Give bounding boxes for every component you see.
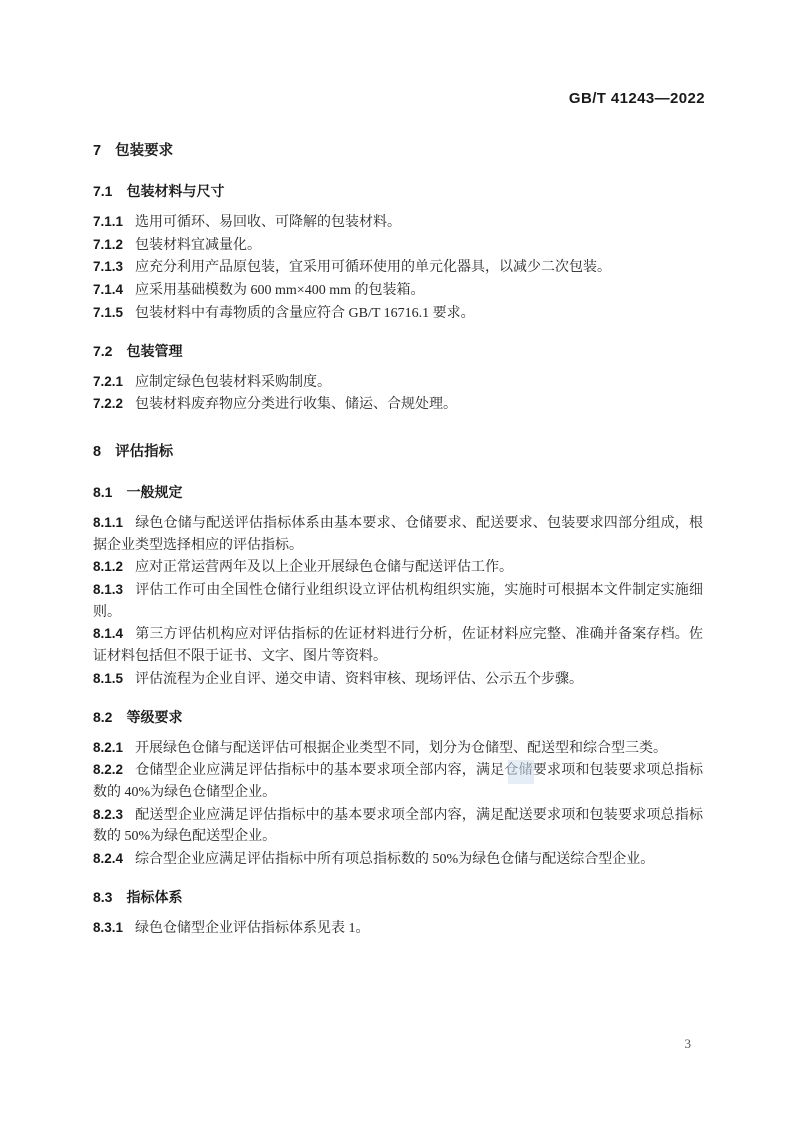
heading-8.1: 8.1一般规定: [93, 482, 703, 502]
page-number: 3: [685, 1036, 692, 1051]
clause-7.1.1: 7.1.1选用可循环、易回收、可降解的包装材料。: [93, 211, 703, 234]
section-number: 8.1.1: [93, 515, 123, 530]
section-text: 包装材料宜减量化。: [135, 238, 261, 253]
section-number: 7.1.5: [93, 305, 123, 320]
section-number: 8.3: [93, 889, 112, 905]
section-number: 7: [93, 143, 101, 159]
clause-8.3.1: 8.3.1绿色仓储型企业评估指标体系见表 1。: [93, 917, 703, 940]
heading-8.3: 8.3指标体系: [93, 887, 703, 907]
section-number: 8.1: [93, 484, 112, 500]
section-number: 8.2.2: [93, 762, 123, 777]
section-number: 8.1.5: [93, 671, 123, 686]
clause-7.1.3: 7.1.3应充分利用产品原包装，宜采用可循环使用的单元化器具，以减少二次包装。: [93, 256, 703, 279]
section-text: 选用可循环、易回收、可降解的包装材料。: [135, 215, 401, 230]
section-text: 绿色仓储型企业评估指标体系见表 1。: [135, 921, 370, 936]
section-text: 应采用基础模数为 600 mm×400 mm 的包装箱。: [135, 283, 424, 298]
section-text: 包装材料与尺寸: [126, 183, 224, 199]
section-text: 等级要求: [126, 709, 182, 725]
clause-8.2.4: 8.2.4综合型企业应满足评估指标中所有项总指标数的 50%为绿色仓储与配送综合…: [93, 848, 703, 871]
clause-8.2.3: 8.2.3配送型企业应满足评估指标中的基本要求项全部内容，满足配送要求项和包装要…: [93, 804, 703, 848]
section-text: 一般规定: [126, 484, 182, 500]
heading-7.2: 7.2包装管理: [93, 341, 703, 361]
section-text: 指标体系: [126, 889, 182, 905]
clause-7.1.4: 7.1.4应采用基础模数为 600 mm×400 mm 的包装箱。: [93, 279, 703, 302]
section-number: 7.2.2: [93, 396, 123, 411]
section-number: 8: [93, 444, 101, 460]
section-text: 评估指标: [115, 444, 173, 460]
document-body: 7包装要求 7.1包装材料与尺寸 7.1.1选用可循环、易回收、可降解的包装材料…: [93, 115, 703, 939]
clause-8.1.3: 8.1.3评估工作可由全国性仓储行业组织设立评估机构组织实施，实施时可根据本文件…: [93, 579, 703, 623]
section-number: 7.1.4: [93, 282, 123, 297]
sections-container: 7包装要求 7.1包装材料与尺寸 7.1.1选用可循环、易回收、可降解的包装材料…: [93, 141, 703, 939]
section-text: 综合型企业应满足评估指标中所有项总指标数的 50%为绿色仓储与配送综合型企业。: [135, 852, 654, 867]
section-text: 第三方评估机构应对评估指标的佐证材料进行分析，佐证材料应完整、准确并备案存档。佐…: [93, 627, 703, 664]
section-text: 绿色仓储与配送评估指标体系由基本要求、仓储要求、配送要求、包装要求四部分组成，根…: [93, 516, 703, 553]
document-footer: 3: [93, 1036, 705, 1052]
clause-7.2.1: 7.2.1应制定绿色包装材料采购制度。: [93, 371, 703, 394]
section-number: 7.2: [93, 343, 112, 359]
section-text: 包装管理: [126, 343, 182, 359]
clause-7.2.2: 7.2.2包装材料废弃物应分类进行收集、储运、合规处理。: [93, 393, 703, 416]
section-text: 应对正常运营两年及以上企业开展绿色仓储与配送评估工作。: [135, 560, 513, 575]
heading-7.1: 7.1包装材料与尺寸: [93, 181, 703, 201]
section-text: 评估工作可由全国性仓储行业组织设立评估机构组织实施，实施时可根据本文件制定实施细…: [93, 583, 703, 620]
section-number: 8.2.3: [93, 807, 123, 822]
section-text: 应充分利用产品原包装，宜采用可循环使用的单元化器具，以减少二次包装。: [135, 260, 611, 275]
section-number: 8.2: [93, 709, 112, 725]
document-page: GB/T 41243—2022 7包装要求 7.1包装材料与尺寸 7.1.1选用…: [0, 0, 794, 1123]
clause-8.1.5: 8.1.5评估流程为企业自评、递交申请、资料审核、现场评估、公示五个步骤。: [93, 668, 703, 691]
section-text: 包装材料废弃物应分类进行收集、储运、合规处理。: [135, 397, 457, 412]
heading-7: 7包装要求: [93, 141, 703, 161]
section-number: 8.2.1: [93, 740, 123, 755]
document-header: GB/T 41243—2022: [93, 90, 705, 107]
section-text: 包装要求: [115, 143, 173, 159]
section-text: 配送型企业应满足评估指标中的基本要求项全部内容，满足配送要求项和包装要求项总指标…: [93, 808, 703, 845]
section-number: 8.2.4: [93, 851, 123, 866]
section-number: 8.1.4: [93, 626, 123, 641]
standard-code: GB/T 41243—2022: [569, 90, 705, 107]
heading-8: 8评估指标: [93, 442, 703, 462]
section-text: 包装材料中有毒物质的含量应符合 GB/T 16716.1 要求。: [135, 306, 475, 321]
section-number: 7.1.1: [93, 214, 123, 229]
clause-7.1.2: 7.1.2包装材料宜减量化。: [93, 234, 703, 257]
clause-8.1.4: 8.1.4第三方评估机构应对评估指标的佐证材料进行分析，佐证材料应完整、准确并备…: [93, 623, 703, 667]
section-number: 7.1: [93, 183, 112, 199]
section-number: 7.2.1: [93, 374, 123, 389]
clause-7.1.5: 7.1.5包装材料中有毒物质的含量应符合 GB/T 16716.1 要求。: [93, 302, 703, 325]
section-number: 7.1.3: [93, 259, 123, 274]
section-text: 评估流程为企业自评、递交申请、资料审核、现场评估、公示五个步骤。: [135, 672, 583, 687]
clause-8.1.1: 8.1.1绿色仓储与配送评估指标体系由基本要求、仓储要求、配送要求、包装要求四部…: [93, 512, 703, 556]
clause-8.2.2: 8.2.2仓储型企业应满足评估指标中的基本要求项全部内容，满足仓储要求项和包装要…: [93, 759, 703, 803]
section-number: 7.1.2: [93, 237, 123, 252]
section-text: 开展绿色仓储与配送评估可根据企业类型不同，划分为仓储型、配送型和综合型三类。: [135, 741, 667, 756]
section-number: 8.3.1: [93, 920, 123, 935]
section-number: 8.1.2: [93, 559, 123, 574]
heading-8.2: 8.2等级要求: [93, 707, 703, 727]
section-text: 应制定绿色包装材料采购制度。: [135, 375, 331, 390]
clause-8.1.2: 8.1.2应对正常运营两年及以上企业开展绿色仓储与配送评估工作。: [93, 556, 703, 579]
clause-8.2.1: 8.2.1开展绿色仓储与配送评估可根据企业类型不同，划分为仓储型、配送型和综合型…: [93, 737, 703, 760]
section-text: 仓储型企业应满足评估指标中的基本要求项全部内容，满足仓储要求项和包装要求项总指标…: [93, 763, 703, 800]
section-number: 8.1.3: [93, 582, 123, 597]
